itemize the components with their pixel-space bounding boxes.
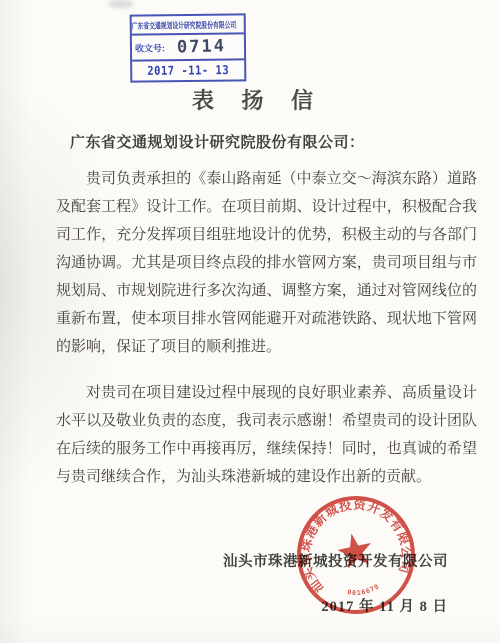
receipt-number: 0714 [177,36,226,57]
scan-smudge [108,0,134,8]
receipt-date: 2017 -11- 13 [147,63,229,78]
svg-text:0016678: 0016678 [345,581,382,599]
letter-paragraph: 对贵司在项目建设过程中展现的良好职业素养、高质量设计水平以及敬业负责的态度，我司… [56,379,477,491]
letter-paragraph: 贵司负责承担的《泰山路南延（中泰立交～海滨东路）道路及配套工程》设计工作。在项目… [56,165,477,361]
receipt-stamp-company: 广东省交通规划设计研究院股份有限公司 [132,18,237,32]
receipt-number-label: 收文号: [132,41,165,54]
receipt-stamp-company-row: 广东省交通规划设计研究院股份有限公司 [132,15,244,35]
letter-salutation: 广东省交通规划设计研究院股份有限公司： [70,131,365,152]
letter-body: 贵司负责承担的《泰山路南延（中泰立交～海滨东路）道路及配套工程》设计工作。在项目… [56,165,477,491]
letter-title: 表 扬 信 [0,84,500,115]
receipt-stamp-date-row: 2017 -11- 13 [132,60,244,80]
seal-star-icon [335,530,375,570]
company-seal-icon: 汕头市珠港新城投资开发有限公司 0016678 [278,477,435,634]
letter-page: 广东省交通规划设计研究院股份有限公司 收文号: 0714 2017 -11- 1… [0,0,500,643]
seal-serial-number: 0016678 [345,581,382,599]
receipt-stamp: 广东省交通规划设计研究院股份有限公司 收文号: 0714 2017 -11- 1… [130,13,247,82]
receipt-stamp-number-row: 收文号: 0714 [132,34,244,61]
